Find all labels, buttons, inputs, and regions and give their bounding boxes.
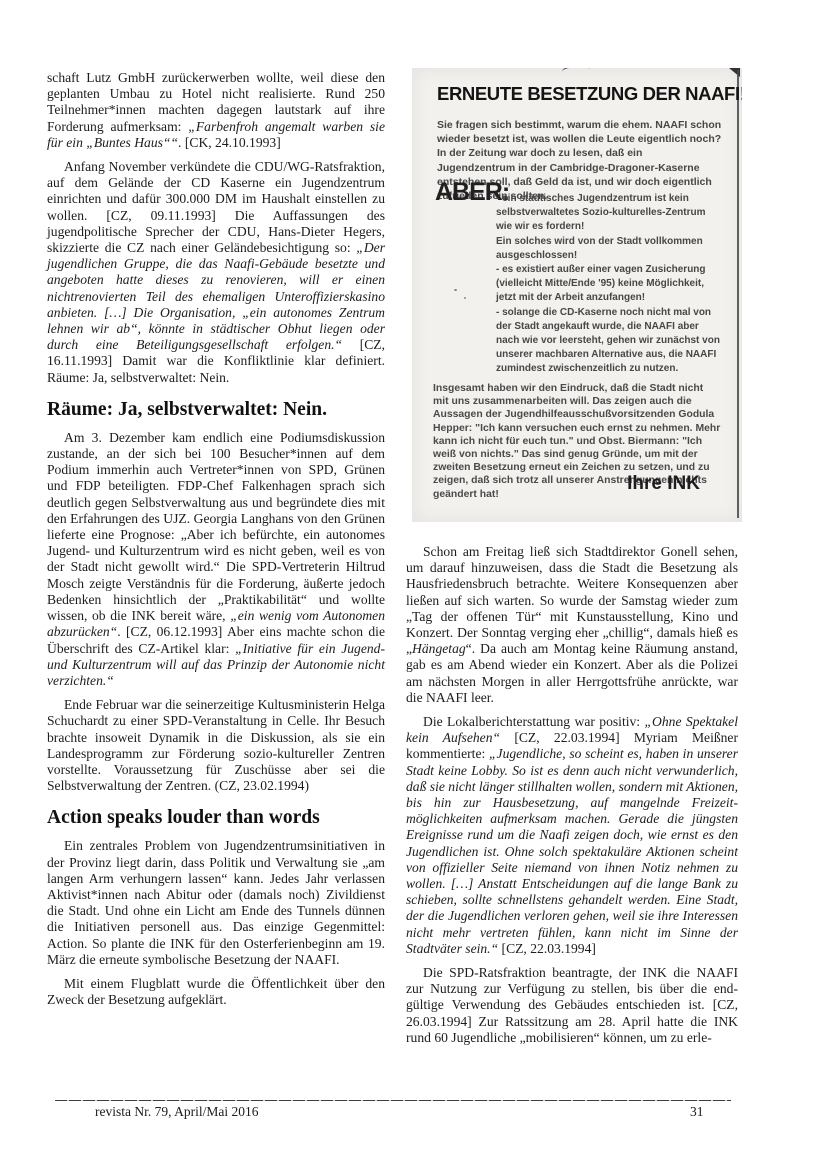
text-run: Ende Februar war die seinerzeitige Kultu… [47, 697, 385, 793]
text-run: Am 3. Dezember kam endlich eine Podiumsd… [47, 430, 385, 623]
text-run: . [CK, 24.10.1993] [178, 135, 281, 150]
paragraph: Ein zentrales Problem von Jugendzentrums… [47, 838, 385, 968]
text-run: Mit einem Flugblatt wurde die Öffentlich… [47, 976, 385, 1007]
flyer-aber-item: Ein solches wird von der Stadt vollkomme… [496, 235, 720, 263]
section-heading-raeume: Räume: Ja, selbstverwaltet: Nein. [47, 398, 385, 421]
paragraph: Die SPD-Ratsfraktion beantragte, der INK… [406, 965, 738, 1046]
paragraph: Anfang November verkündete die CDU/WG-Ra… [47, 159, 385, 386]
document-page: schaft Lutz GmbH zurückerwerben wollte, … [0, 0, 826, 1169]
flyer-aber-list: - ein städtisches Jugendzentrum ist kein… [496, 192, 720, 377]
flyer-aber-item: - es existiert außer einer vagen Zusiche… [496, 263, 720, 306]
text-run: [CZ, 22.03.1994] [498, 941, 596, 956]
text-run: Anfang November verkündete die CDU/WG-Ra… [47, 159, 385, 255]
paragraph: Die Lokal­berichterstattung war positiv:… [406, 714, 738, 957]
flyer-scan: ERNEUTE BESETZUNG DER NAAFI! Sie fragen … [412, 68, 742, 522]
flyer-title: ERNEUTE BESETZUNG DER NAAFI! [437, 86, 727, 102]
scan-artifact-squiggle [562, 68, 591, 77]
footer-rule [55, 1100, 731, 1101]
section-heading-action: Action speaks louder than words [47, 806, 385, 829]
flyer-aber-item: - ein städtisches Jugendzentrum ist kein… [496, 192, 720, 235]
quote-run: „Jugendliche, so scheint es, haben in un… [406, 746, 738, 955]
text-run: Ein zentrales Problem von Jugendzentrums… [47, 838, 385, 966]
quote-run: „Der jugendlichen Gruppe, die das Naafi-… [47, 240, 385, 352]
scan-artifact-speck [454, 289, 457, 291]
scan-artifact-speck [464, 297, 466, 299]
paragraph: Mit einem Flugblatt wurde die Öffentlich… [47, 976, 385, 1008]
scan-artifact-edge-line [737, 70, 739, 518]
journal-line: revista Nr. 79, April/Mai 2016 [95, 1104, 258, 1120]
flyer-aber-item: - solange die CD-Kaserne noch nicht mal … [496, 306, 720, 377]
text-run: Schon am Freitag ließ sich Stadtdirektor… [406, 544, 738, 656]
paragraph: Schon am Freitag ließ sich Stadtdirektor… [406, 544, 738, 706]
flyer-signature: Ihre INK [627, 476, 700, 492]
text-run: Die SPD-Ratsfraktion beantragte, der INK… [406, 965, 738, 1045]
paragraph: Ende Februar war die seinerzeitige Kultu… [47, 697, 385, 794]
right-column: ERNEUTE BESETZUNG DER NAAFI! Sie fragen … [406, 68, 738, 1054]
left-column: schaft Lutz GmbH zurückerwerben wollte, … [47, 70, 385, 1016]
quote-run: Hängetag [412, 641, 466, 656]
page-number: 31 [690, 1104, 704, 1120]
paragraph: Am 3. Dezember kam endlich eine Podiumsd… [47, 430, 385, 689]
paragraph: schaft Lutz GmbH zurückerwerben wollte, … [47, 70, 385, 151]
text-run: Die Lokal­berichterstattung war positiv: [423, 714, 645, 729]
